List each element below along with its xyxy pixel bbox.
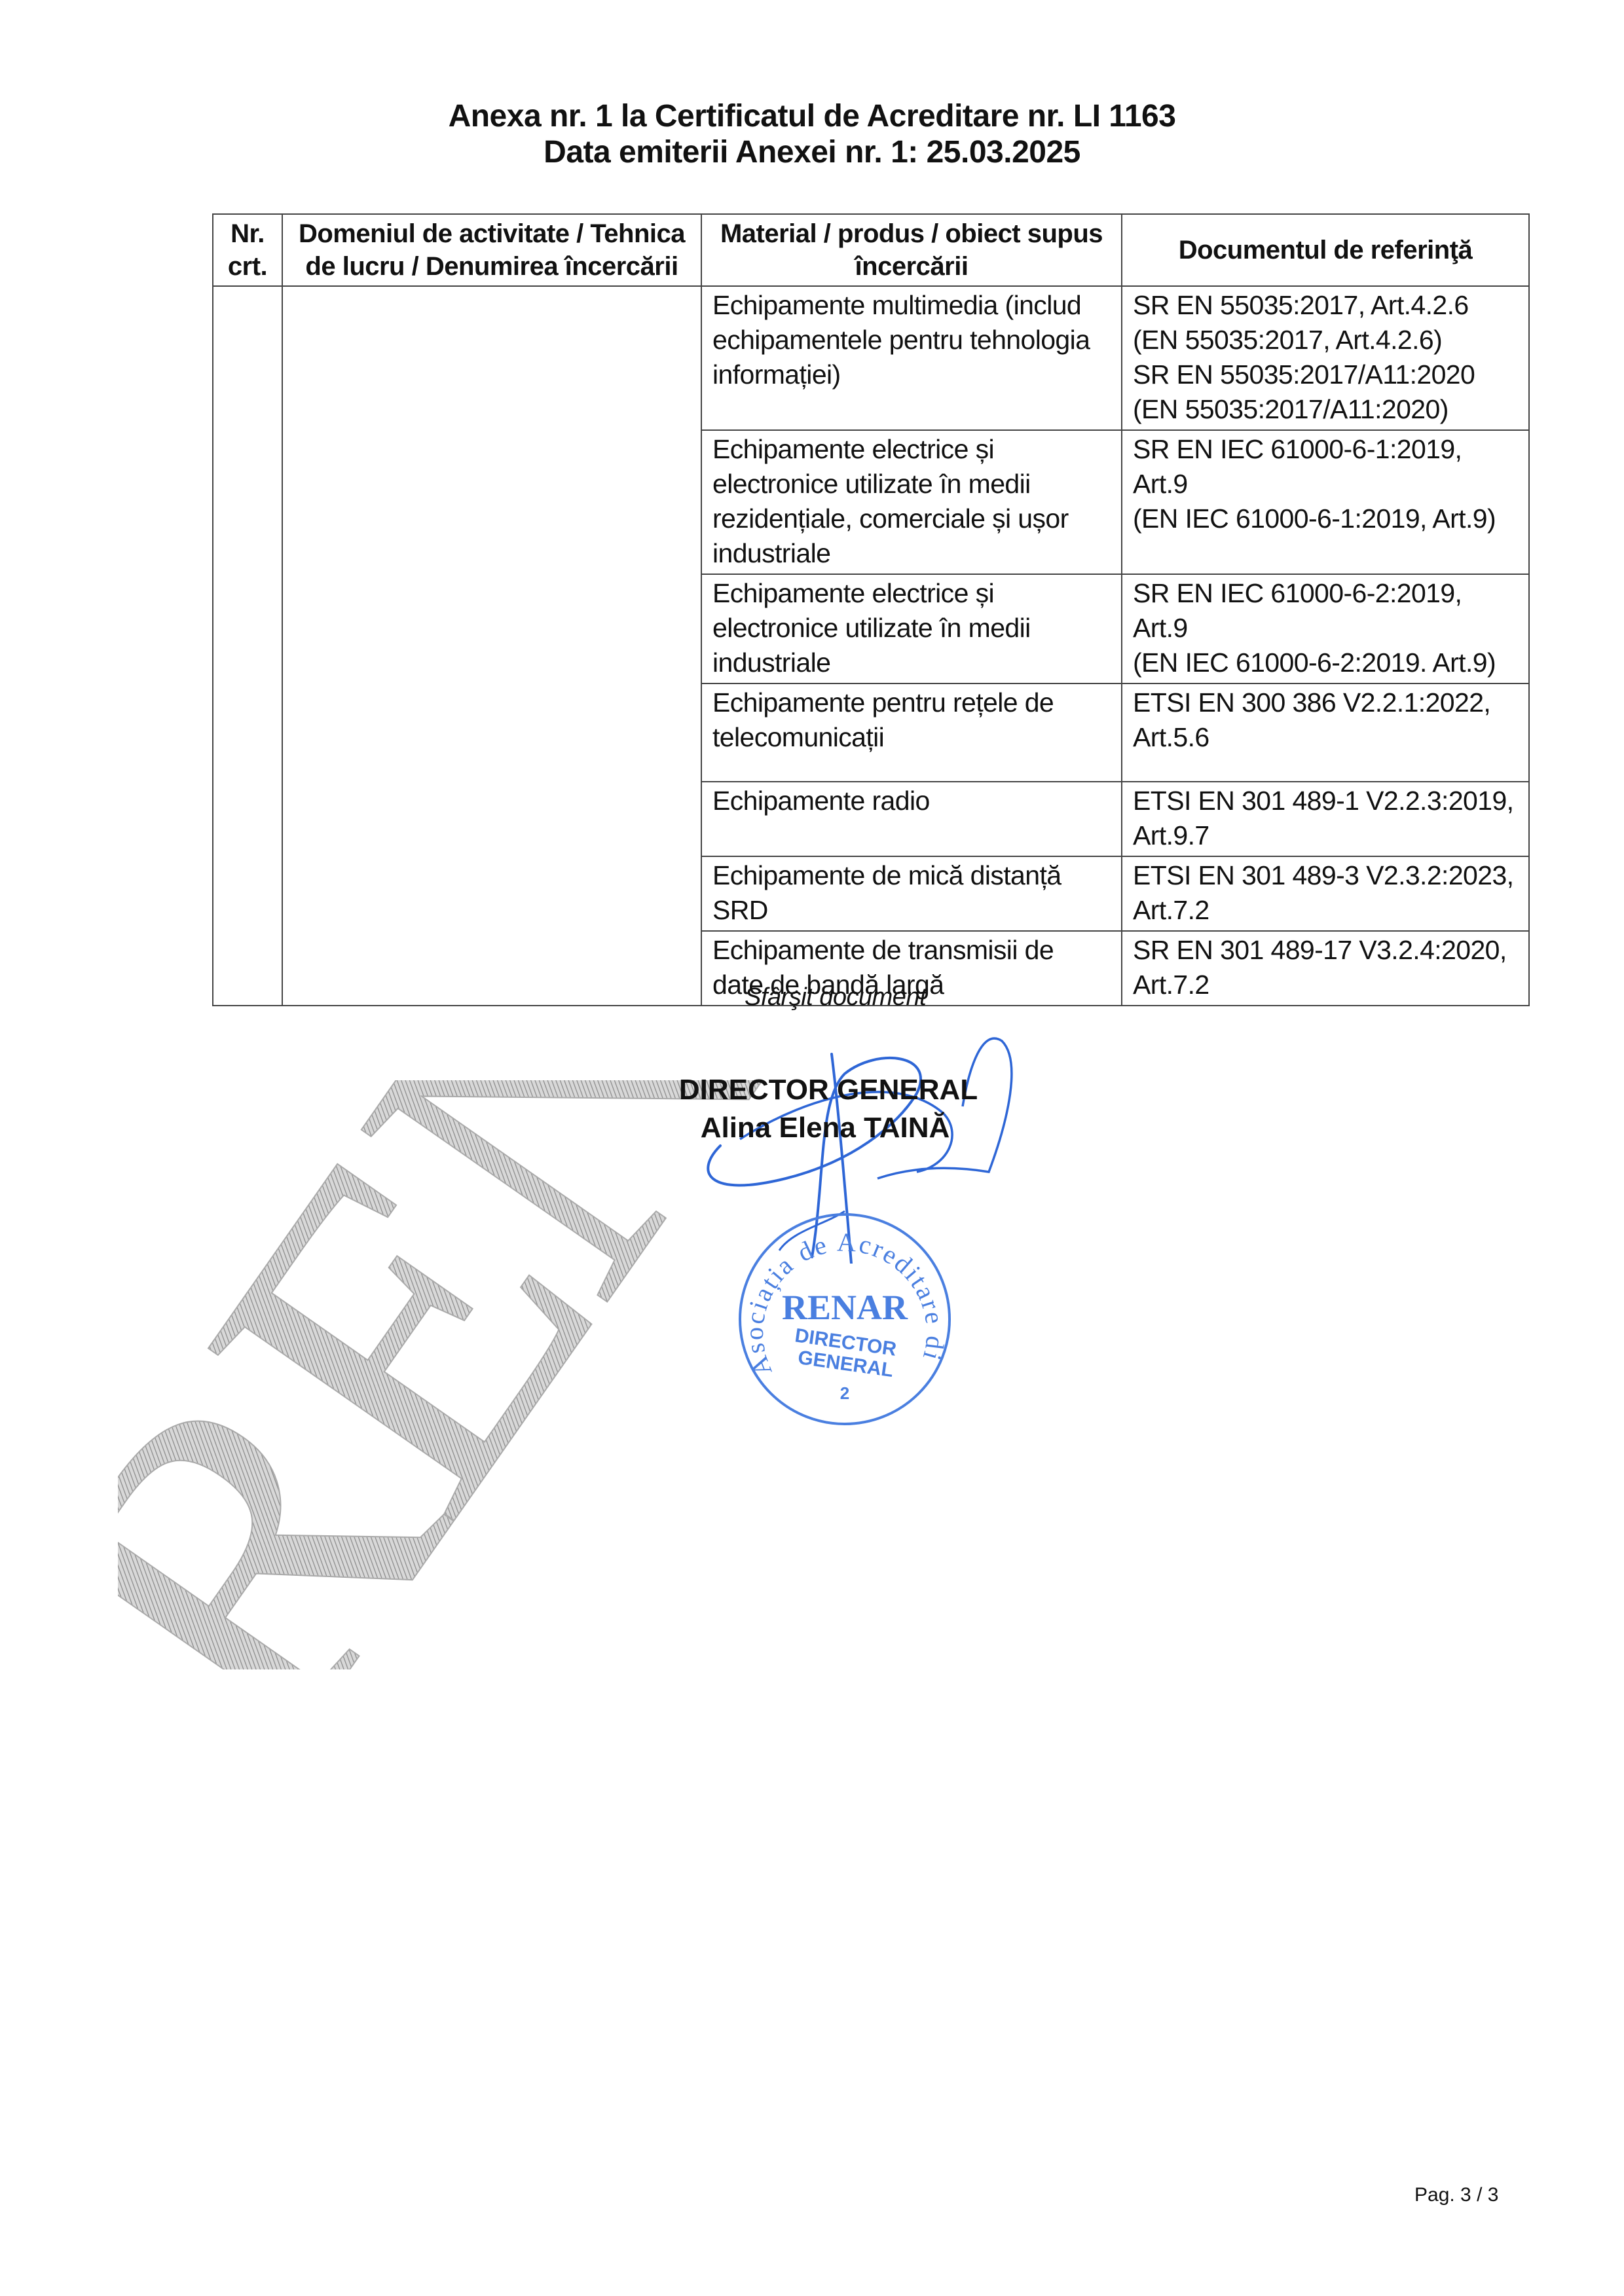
- reference-document: ETSI EN 301 489-1 V2.2.3:2019,: [1133, 784, 1518, 818]
- signatory-name: Alina Elena TAINĂ: [0, 1112, 1624, 1144]
- table-row: Echipamente multimedia (includ echipamen…: [213, 286, 1529, 430]
- cell-reference: SR EN IEC 61000-6-1:2019, Art.9(EN IEC 6…: [1122, 430, 1529, 574]
- document-title: Anexa nr. 1 la Certificatul de Acreditar…: [0, 98, 1624, 134]
- reference-document: SR EN IEC 61000-6-2:2019, Art.9: [1133, 576, 1518, 646]
- column-header-material: Material / produs / obiect supus încercă…: [701, 214, 1122, 286]
- svg-text:RENAR: RENAR: [118, 1080, 1223, 1669]
- signatory-role: DIRECTOR GENERAL: [0, 1074, 1624, 1106]
- cell-reference: ETSI EN 300 386 V2.2.1:2022,Art.5.6: [1122, 683, 1529, 782]
- cell-reference: SR EN IEC 61000-6-2:2019, Art.9(EN IEC 6…: [1122, 574, 1529, 683]
- annex-issue-date: Data emiterii Anexei nr. 1: 25.03.2025: [0, 134, 1624, 170]
- reference-document: Art.7.2: [1133, 893, 1518, 928]
- column-header-domain: Domeniul de activitate / Tehnica de lucr…: [282, 214, 701, 286]
- end-of-document-note: Sfârşit document: [745, 983, 926, 1011]
- cell-reference: SR EN 301 489-17 V3.2.4:2020,Art.7.2: [1122, 931, 1529, 1006]
- cell-material: Echipamente multimedia (includ echipamen…: [701, 286, 1122, 430]
- cell-domain: [282, 286, 701, 1006]
- reference-document: (EN 55035:2017, Art.4.2.6): [1133, 323, 1518, 357]
- cell-material: Echipamente de mică distanță SRD: [701, 856, 1122, 931]
- reference-document: SR EN 55035:2017, Art.4.2.6: [1133, 288, 1518, 323]
- reference-document: (EN 55035:2017/A11:2020): [1133, 392, 1518, 427]
- column-header-nr: Nr. crt.: [213, 214, 282, 286]
- reference-document: ETSI EN 300 386 V2.2.1:2022,: [1133, 685, 1518, 720]
- cell-material: Echipamente electrice și electronice uti…: [701, 574, 1122, 683]
- svg-text:RENAR: RENAR: [782, 1288, 908, 1327]
- cell-reference: SR EN 55035:2017, Art.4.2.6(EN 55035:201…: [1122, 286, 1529, 430]
- cell-material: Echipamente pentru rețele de telecomunic…: [701, 683, 1122, 782]
- reference-document: (EN IEC 61000-6-2:2019. Art.9): [1133, 646, 1518, 680]
- reference-document: Art.5.6: [1133, 720, 1518, 755]
- cell-material: Echipamente radio: [701, 782, 1122, 856]
- cell-nr: [213, 286, 282, 1006]
- reference-document: ETSI EN 301 489-3 V2.3.2:2023,: [1133, 858, 1518, 893]
- table-header-row: Nr. crt. Domeniul de activitate / Tehnic…: [213, 214, 1529, 286]
- reference-document: SR EN IEC 61000-6-1:2019, Art.9: [1133, 432, 1518, 501]
- reference-document: Art.7.2: [1133, 968, 1518, 1002]
- column-header-reference: Documentul de referinţă: [1122, 214, 1529, 286]
- reference-document: SR EN 301 489-17 V3.2.4:2020,: [1133, 933, 1518, 968]
- accreditation-scope-table: Nr. crt. Domeniul de activitate / Tehnic…: [212, 213, 1530, 1006]
- cell-reference: ETSI EN 301 489-1 V2.2.3:2019,Art.9.7: [1122, 782, 1529, 856]
- reference-document: Art.9.7: [1133, 818, 1518, 853]
- reference-document: (EN IEC 61000-6-1:2019, Art.9): [1133, 501, 1518, 536]
- cell-material: Echipamente electrice și electronice uti…: [701, 430, 1122, 574]
- cell-reference: ETSI EN 301 489-3 V2.3.2:2023,Art.7.2: [1122, 856, 1529, 931]
- svg-text:2: 2: [840, 1383, 849, 1403]
- reference-document: SR EN 55035:2017/A11:2020: [1133, 357, 1518, 392]
- renar-stamp: Asociația de Acreditare din România RENA…: [733, 1208, 956, 1430]
- page-number: Pag. 3 / 3: [1414, 2184, 1498, 2206]
